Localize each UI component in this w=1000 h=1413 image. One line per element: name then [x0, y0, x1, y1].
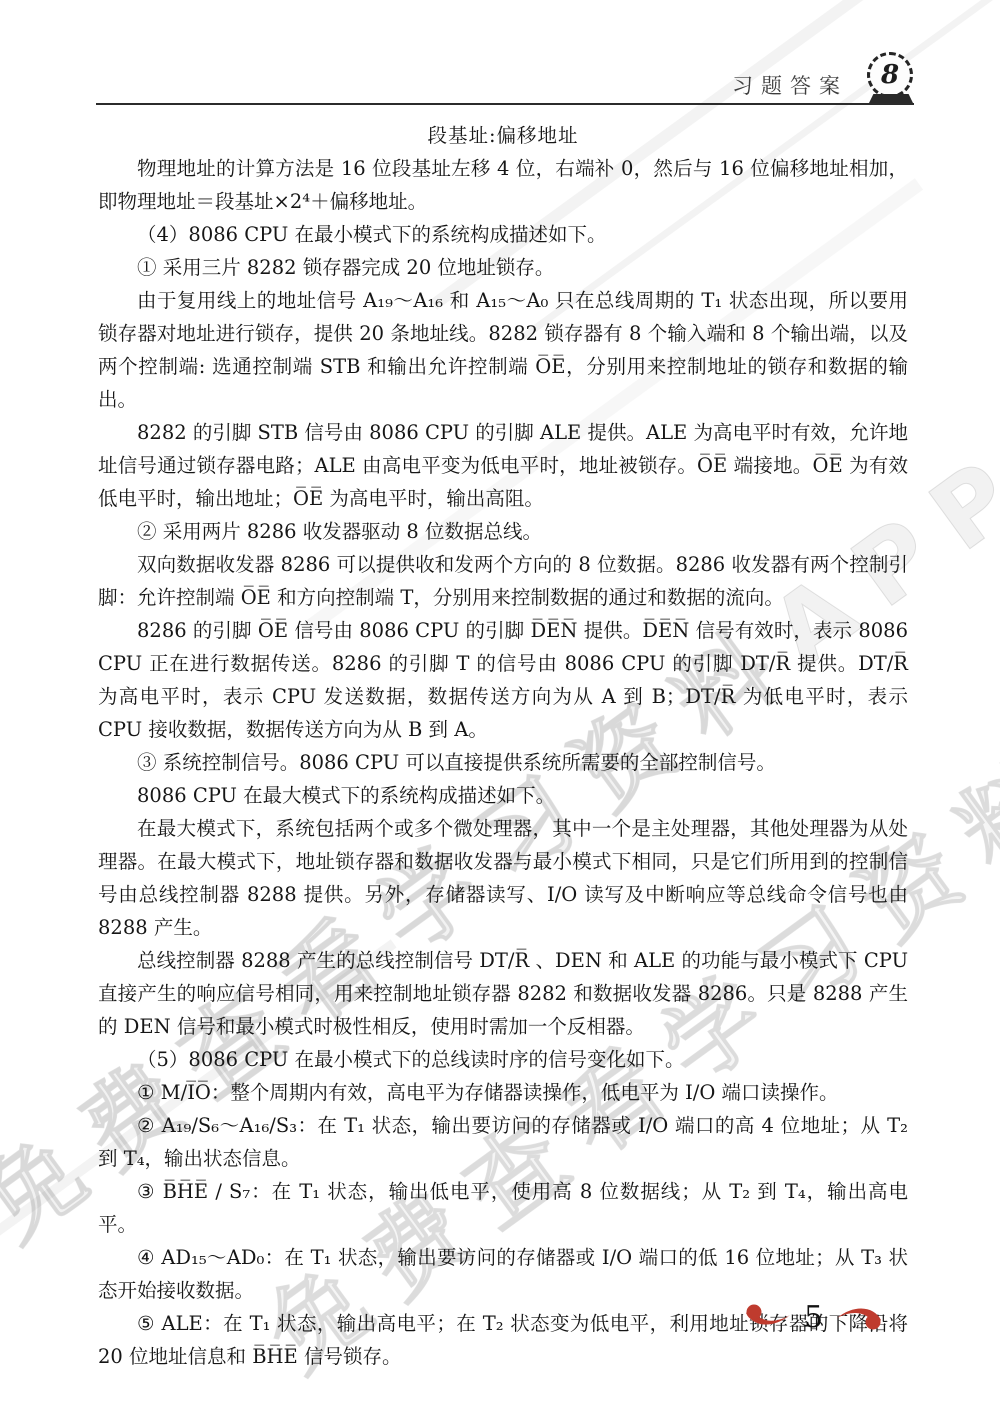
- body-paragraph: 物理地址的计算方法是 16 位段基址左移 4 位，右端补 0，然后与 16 位偏…: [98, 152, 908, 218]
- body-paragraph: （5）8086 CPU 在最小模式下的总线读时序的信号变化如下。: [98, 1043, 908, 1076]
- body-paragraph: 8086 CPU 在最大模式下的系统构成描述如下。: [98, 779, 908, 812]
- body-paragraph: 双向数据收发器 8286 可以提供收和发两个方向的 8 位数据。8286 收发器…: [98, 548, 908, 614]
- footer-ornament-left-icon: [745, 1303, 791, 1331]
- logo-banner: [869, 94, 913, 103]
- body-paragraph: ① M/I̅O̅：整个周期内有效，高电平为存储器读操作，低电平为 I/O 端口读…: [98, 1076, 908, 1109]
- page-footer: 5: [745, 1301, 882, 1333]
- body-paragraph: ② 采用两片 8286 收发器驱动 8 位数据总线。: [98, 515, 908, 548]
- body-paragraph: ④ AD₁₅～AD₀：在 T₁ 状态，输出要访问的存储器或 I/O 端口的低 1…: [98, 1241, 908, 1307]
- logo-glyph: 8: [881, 62, 899, 88]
- body-paragraph: ③ B̅H̅E̅ / S₇：在 T₁ 状态，输出低电平，使用高 8 位数据线；从…: [98, 1175, 908, 1241]
- formula-heading: 段基址:偏移地址: [98, 119, 908, 152]
- body-paragraph: 8282 的引脚 STB 信号由 8086 CPU 的引脚 ALE 提供。ALE…: [98, 416, 908, 515]
- page-header: 习题答案 8: [732, 56, 914, 106]
- logo-ring-icon: 8: [867, 52, 913, 98]
- body-paragraph: ① 采用三片 8282 锁存器完成 20 位地址锁存。: [98, 251, 908, 284]
- body-paragraph: 总线控制器 8288 产生的总线控制信号 DT/R̅ 、DEN 和 ALE 的功…: [98, 944, 908, 1043]
- body-paragraph: ③ 系统控制信号。8086 CPU 可以直接提供系统所需要的全部控制信号。: [98, 746, 908, 779]
- publisher-logo-icon: 8: [866, 52, 914, 106]
- document-body: 段基址:偏移地址 物理地址的计算方法是 16 位段基址左移 4 位，右端补 0，…: [98, 119, 908, 1373]
- header-title: 习题答案: [732, 70, 848, 106]
- footer-ornament-right-icon: [836, 1303, 882, 1331]
- page-number: 5: [804, 1301, 823, 1333]
- body-paragraph: 由于复用线上的地址信号 A₁₉～A₁₆ 和 A₁₅～A₀ 只在总线周期的 T₁ …: [98, 284, 908, 416]
- body-paragraph: ② A₁₉/S₆～A₁₆/S₃：在 T₁ 状态，输出要访问的存储器或 I/O 端…: [98, 1109, 908, 1175]
- body-paragraph: 8286 的引脚 O̅E̅ 信号由 8086 CPU 的引脚 D̅E̅N̅ 提供…: [98, 614, 908, 746]
- body-paragraph: （4）8086 CPU 在最小模式下的系统构成描述如下。: [98, 218, 908, 251]
- body-paragraph: 在最大模式下，系统包括两个或多个微处理器，其中一个是主处理器，其他处理器为从处理…: [98, 812, 908, 944]
